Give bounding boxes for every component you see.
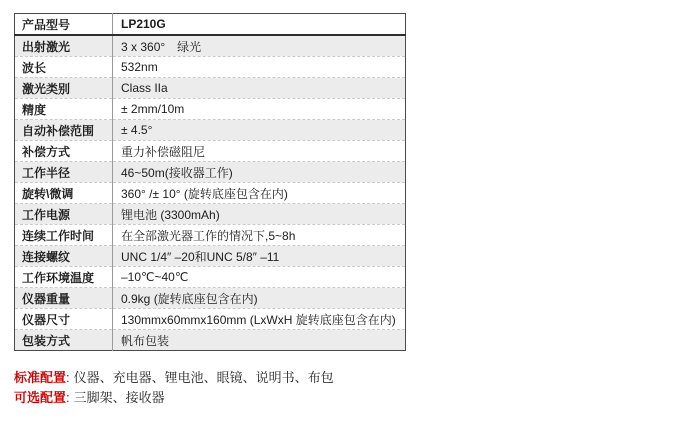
optional-config-separator: : xyxy=(66,390,70,405)
table-row: 仪器尺寸130mmx60mmx160mm (LxWxH 旋转底座包含在内) xyxy=(15,309,406,330)
table-row: 工作电源锂电池 (3300mAh) xyxy=(15,204,406,225)
spec-label: 连续工作时间 xyxy=(15,225,113,246)
spec-table-body: 出射激光3 x 360° 绿光波长532nm激光类别Class IIa精度± 2… xyxy=(15,35,406,351)
spec-value: 重力补偿磁阻尼 xyxy=(113,141,406,162)
standard-config-separator: : xyxy=(66,370,70,385)
table-header-row: 产品型号 LP210G xyxy=(15,14,406,36)
spec-label: 工作半径 xyxy=(15,162,113,183)
spec-label: 连接螺纹 xyxy=(15,246,113,267)
spec-value: 130mmx60mmx160mm (LxWxH 旋转底座包含在内) xyxy=(113,309,406,330)
standard-config-label: 标准配置 xyxy=(14,370,66,385)
table-row: 仪器重量0.9kg (旋转底座包含在内) xyxy=(15,288,406,309)
product-spec-sheet: 产品型号 LP210G 出射激光3 x 360° 绿光波长532nm激光类别Cl… xyxy=(0,0,692,442)
table-row: 连续工作时间在全部激光器工作的情况下,5~8h xyxy=(15,225,406,246)
optional-config-line: 可选配置:三脚架、接收器 xyxy=(14,388,692,408)
table-row: 连接螺纹UNC 1/4″ –20和UNC 5/8″ –11 xyxy=(15,246,406,267)
optional-config-label: 可选配置 xyxy=(14,390,66,405)
spec-value: ± 2mm/10m xyxy=(113,99,406,120)
table-row: 补偿方式重力补偿磁阻尼 xyxy=(15,141,406,162)
spec-value: 锂电池 (3300mAh) xyxy=(113,204,406,225)
spec-label: 波长 xyxy=(15,57,113,78)
standard-config-line: 标准配置:仪器、充电器、锂电池、眼镜、说明书、布包 xyxy=(14,368,692,388)
table-row: 波长532nm xyxy=(15,57,406,78)
optional-config-items: 三脚架、接收器 xyxy=(74,390,165,405)
spec-value: 3 x 360° 绿光 xyxy=(113,35,406,57)
table-row: 出射激光3 x 360° 绿光 xyxy=(15,35,406,57)
spec-label: 出射激光 xyxy=(15,35,113,57)
spec-label: 旋转\微调 xyxy=(15,183,113,204)
table-row: 自动补偿范围± 4.5° xyxy=(15,120,406,141)
table-row: 精度± 2mm/10m xyxy=(15,99,406,120)
spec-label: 仪器重量 xyxy=(15,288,113,309)
table-row: 工作半径46~50m(接收器工作) xyxy=(15,162,406,183)
table-row: 旋转\微调360° /± 10° (旋转底座包含在内) xyxy=(15,183,406,204)
model-number-value: LP210G xyxy=(113,14,406,36)
spec-label: 自动补偿范围 xyxy=(15,120,113,141)
table-row: 包装方式帆布包装 xyxy=(15,330,406,351)
spec-value: 0.9kg (旋转底座包含在内) xyxy=(113,288,406,309)
spec-value: ± 4.5° xyxy=(113,120,406,141)
spec-value: –10℃~40℃ xyxy=(113,267,406,288)
spec-value: Class IIa xyxy=(113,78,406,99)
spec-value: 帆布包装 xyxy=(113,330,406,351)
spec-label: 仪器尺寸 xyxy=(15,309,113,330)
model-number-label: 产品型号 xyxy=(15,14,113,36)
spec-value: 46~50m(接收器工作) xyxy=(113,162,406,183)
spec-label: 激光类别 xyxy=(15,78,113,99)
spec-value: 在全部激光器工作的情况下,5~8h xyxy=(113,225,406,246)
standard-config-items: 仪器、充电器、锂电池、眼镜、说明书、布包 xyxy=(74,370,334,385)
config-notes: 标准配置:仪器、充电器、锂电池、眼镜、说明书、布包 可选配置:三脚架、接收器 xyxy=(14,368,692,408)
spec-label: 包装方式 xyxy=(15,330,113,351)
table-row: 激光类别Class IIa xyxy=(15,78,406,99)
spec-table: 产品型号 LP210G 出射激光3 x 360° 绿光波长532nm激光类别Cl… xyxy=(14,13,406,351)
spec-label: 补偿方式 xyxy=(15,141,113,162)
spec-label: 工作电源 xyxy=(15,204,113,225)
spec-value: UNC 1/4″ –20和UNC 5/8″ –11 xyxy=(113,246,406,267)
spec-value: 532nm xyxy=(113,57,406,78)
spec-label: 精度 xyxy=(15,99,113,120)
spec-label: 工作环境温度 xyxy=(15,267,113,288)
spec-value: 360° /± 10° (旋转底座包含在内) xyxy=(113,183,406,204)
table-row: 工作环境温度–10℃~40℃ xyxy=(15,267,406,288)
